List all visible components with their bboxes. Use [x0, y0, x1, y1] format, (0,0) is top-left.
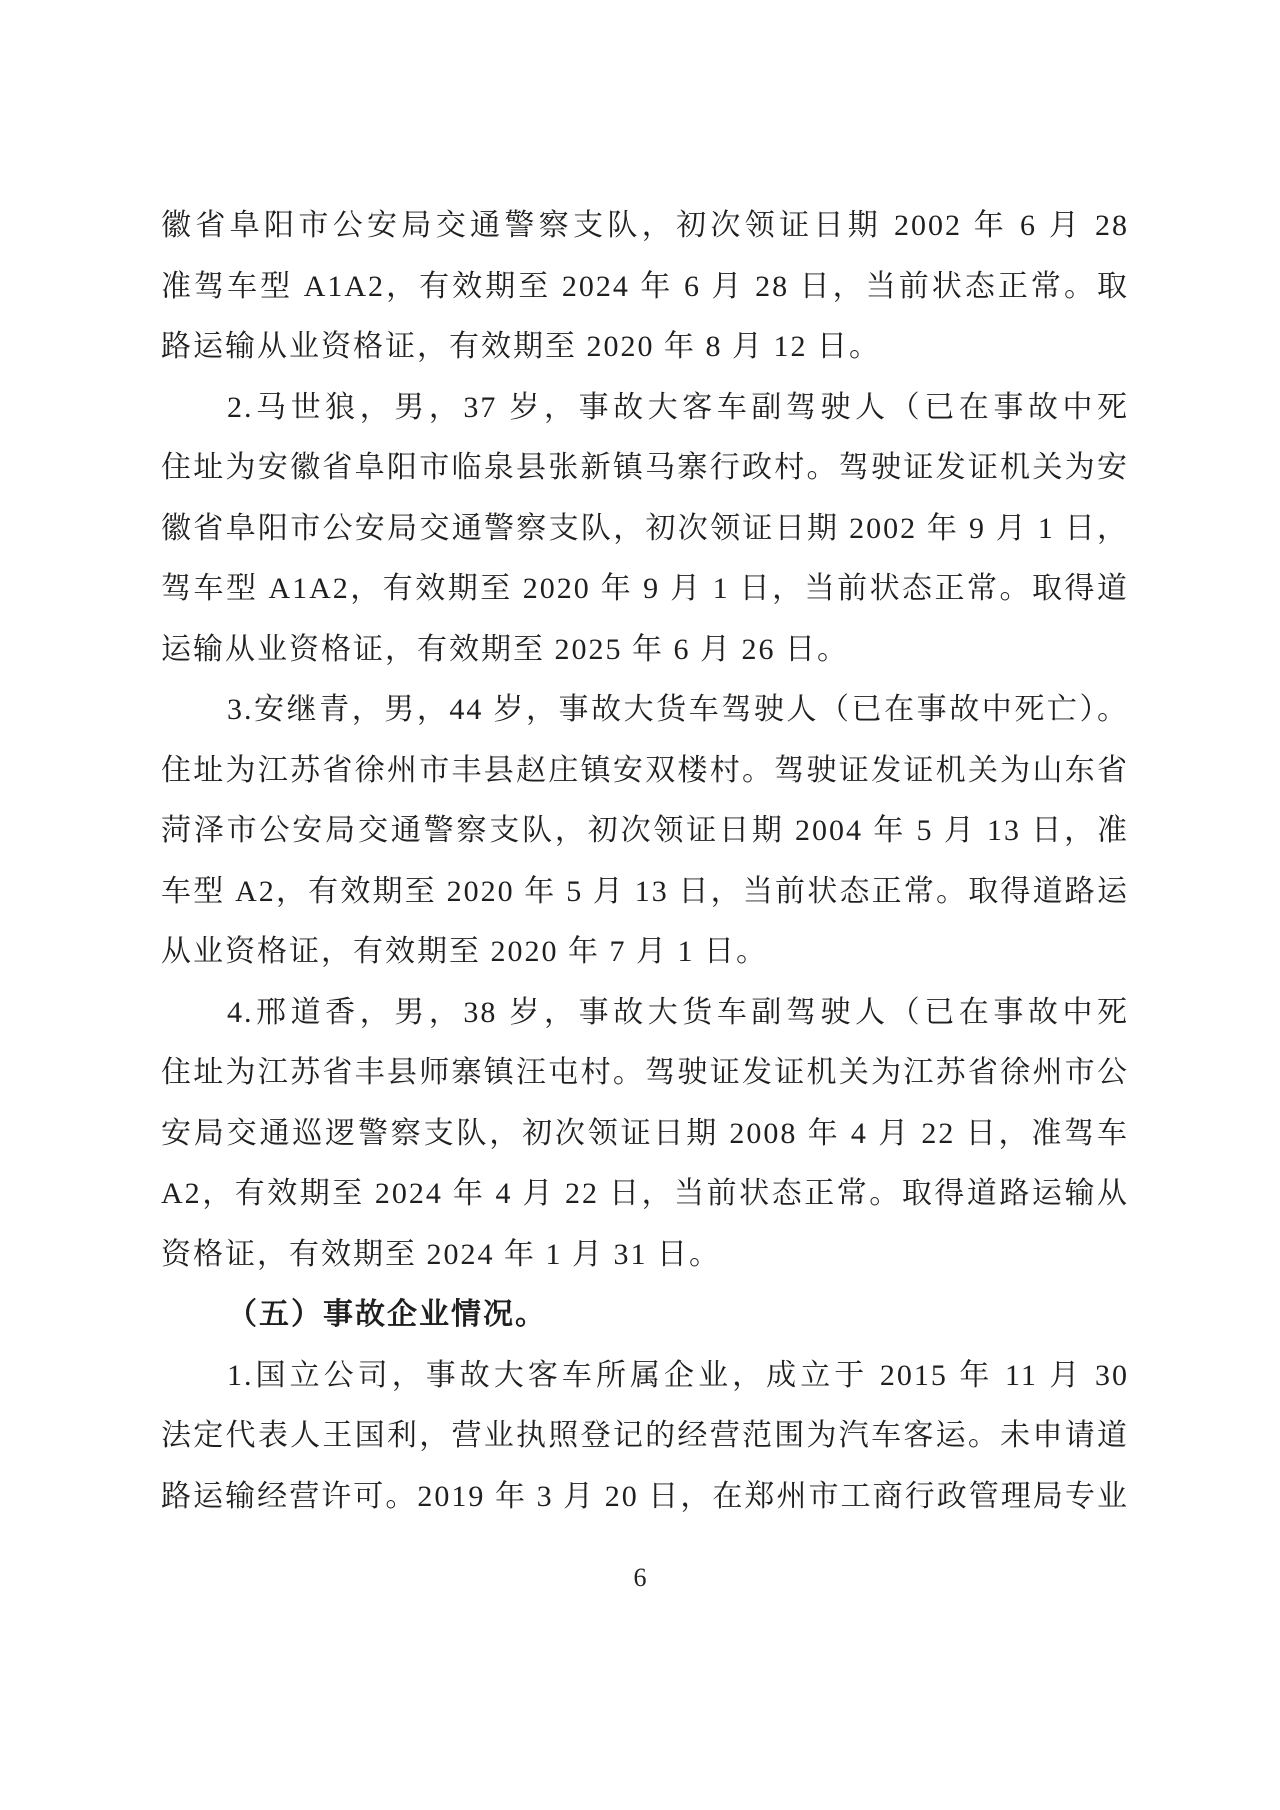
text-line: 1.国立公司，事故大客车所属企业，成立于 2015 年 11 月 30 日， — [161, 1346, 1129, 1407]
text-line: 运输从业资格证，有效期至 2025 年 6 月 26 日。 — [161, 620, 1129, 681]
text-line: 车型 A2，有效期至 2020 年 5 月 13 日，当前状态正常。取得道路运输 — [161, 862, 1129, 923]
text-line: 路运输经营许可。2019 年 3 月 20 日，在郑州市工商行政管理局专业 — [161, 1467, 1129, 1528]
text-line: （五）事故企业情况。 — [161, 1285, 1129, 1346]
document-page: 徽省阜阳市公安局交通警察支队，初次领证日期 2002 年 6 月 28 日，准驾… — [0, 0, 1280, 1810]
text-line: 2.马世狼，男，37 岁，事故大客车副驾驶人（已在事故中死亡）。 — [161, 378, 1129, 439]
text-line: 准驾车型 A1A2，有效期至 2024 年 6 月 28 日，当前状态正常。取得… — [161, 257, 1129, 318]
text-line: 法定代表人王国利，营业执照登记的经营范围为汽车客运。未申请道 — [161, 1406, 1129, 1467]
text-line: 安局交通巡逻警察支队，初次领证日期 2008 年 4 月 22 日，准驾车型 — [161, 1104, 1129, 1165]
text-line: 驾车型 A1A2，有效期至 2020 年 9 月 1 日，当前状态正常。取得道路 — [161, 559, 1129, 620]
page-number: 6 — [0, 1558, 1280, 1598]
text-line: A2，有效期至 2024 年 4 月 22 日，当前状态正常。取得道路运输从业 — [161, 1164, 1129, 1225]
text-line: 3.安继青，男，44 岁，事故大货车驾驶人（已在事故中死亡）。 — [161, 680, 1129, 741]
text-line: 菏泽市公安局交通警察支队，初次领证日期 2004 年 5 月 13 日，准驾 — [161, 801, 1129, 862]
text-line: 从业资格证，有效期至 2020 年 7 月 1 日。 — [161, 922, 1129, 983]
text-line: 徽省阜阳市公安局交通警察支队，初次领证日期 2002 年 9 月 1 日，准 — [161, 499, 1129, 560]
text-line: 住址为江苏省丰县师寨镇汪屯村。驾驶证发证机关为江苏省徐州市公 — [161, 1043, 1129, 1104]
text-line: 4.邢道香，男，38 岁，事故大货车副驾驶人（已在事故中死亡）。 — [161, 983, 1129, 1044]
document-body: 徽省阜阳市公安局交通警察支队，初次领证日期 2002 年 6 月 28 日，准驾… — [161, 196, 1129, 1527]
text-line: 路运输从业资格证，有效期至 2020 年 8 月 12 日。 — [161, 317, 1129, 378]
text-line: 资格证，有效期至 2024 年 1 月 31 日。 — [161, 1225, 1129, 1286]
text-line: 住址为安徽省阜阳市临泉县张新镇马寨行政村。驾驶证发证机关为安 — [161, 438, 1129, 499]
text-line: 住址为江苏省徐州市丰县赵庄镇安双楼村。驾驶证发证机关为山东省 — [161, 741, 1129, 802]
text-line: 徽省阜阳市公安局交通警察支队，初次领证日期 2002 年 6 月 28 日， — [161, 196, 1129, 257]
